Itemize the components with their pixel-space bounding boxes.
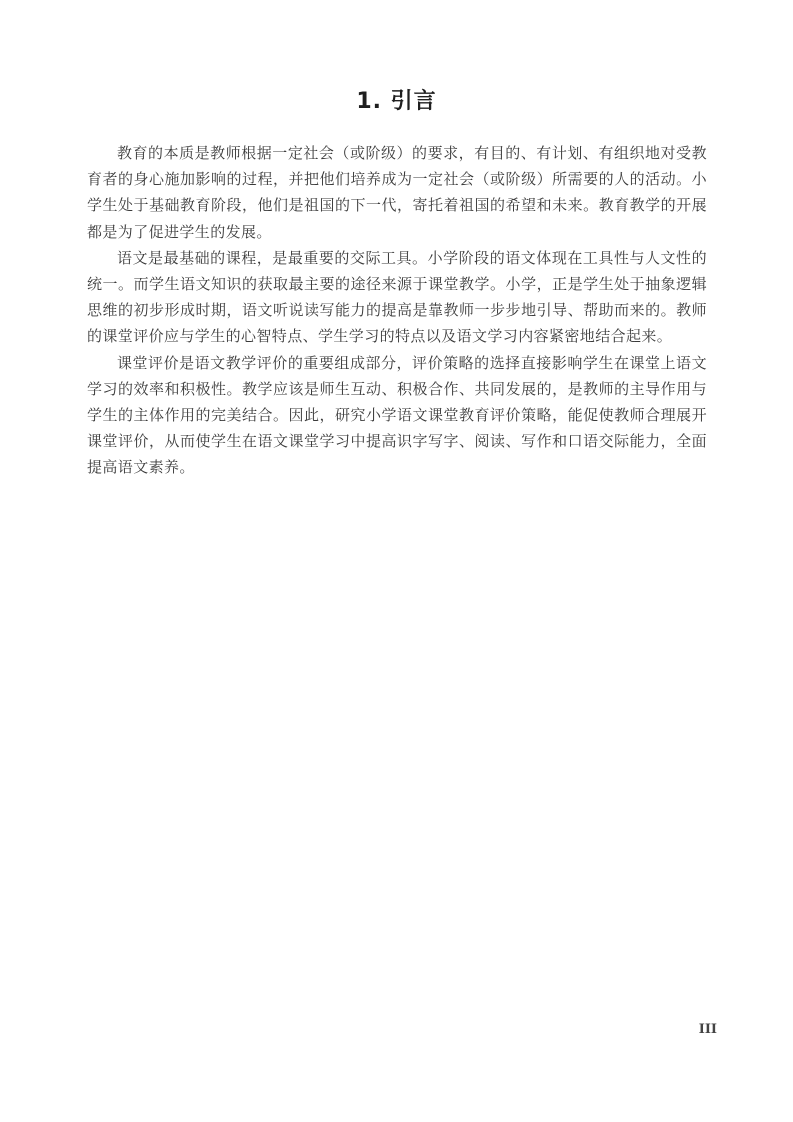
paragraph-3: 课堂评价是语文教学评价的重要组成部分，评价策略的选择直接影响学生在课堂上语文学习… [87, 350, 707, 481]
paragraph-1: 教育的本质是教师根据一定社会（或阶级）的要求，有目的、有计划、有组织地对受教育者… [87, 140, 707, 245]
section-title: 1. 引言 [0, 88, 793, 116]
paragraph-2: 语文是最基础的课程，是最重要的交际工具。小学阶段的语文体现在工具性与人文性的统一… [87, 245, 707, 350]
document-body: 教育的本质是教师根据一定社会（或阶级）的要求，有目的、有计划、有组织地对受教育者… [87, 140, 707, 481]
page-number: III [699, 1022, 717, 1037]
document-page: 1. 引言 教育的本质是教师根据一定社会（或阶级）的要求，有目的、有计划、有组织… [0, 0, 793, 1122]
